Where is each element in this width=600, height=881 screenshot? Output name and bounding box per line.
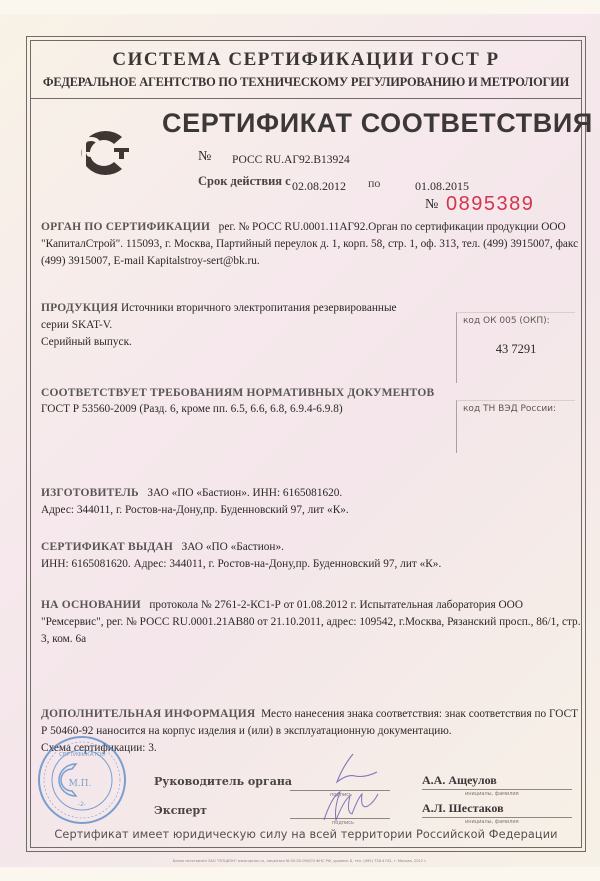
tnved-code-box: код ТН ВЭД России: xyxy=(456,400,575,453)
expert-name-caption: инициалы, фамилия xyxy=(465,819,519,825)
tnved-code-label: код ТН ВЭД России: xyxy=(457,401,575,414)
okp-code-box: код ОК 005 (ОКП): 43 7291 xyxy=(456,312,575,383)
expert-name-line xyxy=(422,817,572,818)
compliance-text: ГОСТ Р 53560-2009 (Разд. 6, кроме пп. 6.… xyxy=(41,401,343,418)
header-divider xyxy=(30,98,582,99)
valid-to-label: по xyxy=(368,176,380,191)
certification-body-label: ОРГАН ПО СЕРТИФИКАЦИИ xyxy=(41,221,210,233)
product-label: ПРОДУКЦИЯ xyxy=(41,302,118,314)
expert-role: Эксперт xyxy=(154,804,207,817)
agency-name: ФЕДЕРАЛЬНОЕ АГЕНТСТВО ПО ТЕХНИЧЕСКОМУ РЕ… xyxy=(30,75,582,90)
additional-info-label: ДОПОЛНИТЕЛЬНАЯ ИНФОРМАЦИЯ xyxy=(41,708,255,720)
certificate-title: СЕРТИФИКАТ СООТВЕТСТВИЯ xyxy=(162,108,593,139)
compliance-label: СООТВЕТСТВУЕТ ТРЕБОВАНИЯМ НОРМАТИВНЫХ ДО… xyxy=(41,387,434,399)
manufacturer-line-2: Адрес: 344011, г. Ростов-на-Дону,пр. Буд… xyxy=(41,504,349,516)
valid-from: 02.08.2012 xyxy=(292,179,346,194)
issued-to-line-1: ЗАО «ПО «Бастион». xyxy=(182,541,284,553)
issued-to-section: СЕРТИФИКАТ ВЫДАН ЗАО «ПО «Бастион». ИНН:… xyxy=(41,539,581,573)
okp-code-label: код ОК 005 (ОКП): xyxy=(457,313,575,326)
stamp-number: -2- xyxy=(78,801,86,808)
expert-signature-icon xyxy=(318,786,382,824)
head-name-caption: инициалы, фамилия xyxy=(465,791,519,797)
product-line-2: серии SKAT-V. xyxy=(41,319,112,331)
product-line-3: Серийный выпуск. xyxy=(41,336,132,348)
number-label: № xyxy=(198,149,211,165)
manufacturer-label: ИЗГОТОВИТЕЛЬ xyxy=(41,487,139,499)
head-name: А.А. Ащеулов xyxy=(422,773,497,788)
head-signature-icon xyxy=(325,752,385,788)
manufacturer-section: ИЗГОТОВИТЕЛЬ ЗАО «ПО «Бастион». ИНН: 616… xyxy=(41,485,581,519)
certification-body-section: ОРГАН ПО СЕРТИФИКАЦИИ рег. № РОСС RU.000… xyxy=(41,219,581,270)
stamp-text-top: СЕРТИФИКАТОВ xyxy=(59,752,105,758)
okp-code-value: 43 7291 xyxy=(457,342,575,357)
product-line-1: Источники вторичного электропитания резе… xyxy=(121,302,397,314)
expert-name: А.Л. Шестаков xyxy=(422,801,504,816)
printer-note: Бланк изготовлен ЗАО "ОПЦИОН" www.opcion… xyxy=(0,859,600,863)
legal-validity-note: Сертификат имеет юридическую силу на все… xyxy=(30,828,582,841)
validity-label: Срок действия с xyxy=(198,174,291,189)
stamp-center: М.П. xyxy=(69,779,92,789)
manufacturer-line-1: ЗАО «ПО «Бастион». ИНН: 6165081620. xyxy=(147,487,342,499)
head-name-line xyxy=(422,789,572,790)
serial-label: № xyxy=(425,197,438,213)
certificate-number: РОСС RU.АГ92.В13924 xyxy=(232,154,350,166)
official-stamp-icon: СЕРТИФИКАТОВ М.П. -2- xyxy=(36,734,128,826)
system-title: СИСТЕМА СЕРТИФИКАЦИИ ГОСТ Р xyxy=(30,49,582,71)
basis-label: НА ОСНОВАНИИ xyxy=(41,599,141,611)
head-role: Руководитель органа xyxy=(154,775,292,788)
valid-to: 01.08.2015 xyxy=(415,179,469,194)
product-section: ПРОДУКЦИЯ Источники вторичного электропи… xyxy=(41,300,441,351)
serial-number: 0895389 xyxy=(446,193,534,216)
basis-section: НА ОСНОВАНИИ протокола № 2761-2-КС1-Р от… xyxy=(41,597,581,648)
issued-to-line-2: ИНН: 6165081620. Адрес: 344011, г. Росто… xyxy=(41,558,441,570)
issued-to-label: СЕРТИФИКАТ ВЫДАН xyxy=(41,541,173,553)
rst-logo-icon xyxy=(70,128,134,178)
